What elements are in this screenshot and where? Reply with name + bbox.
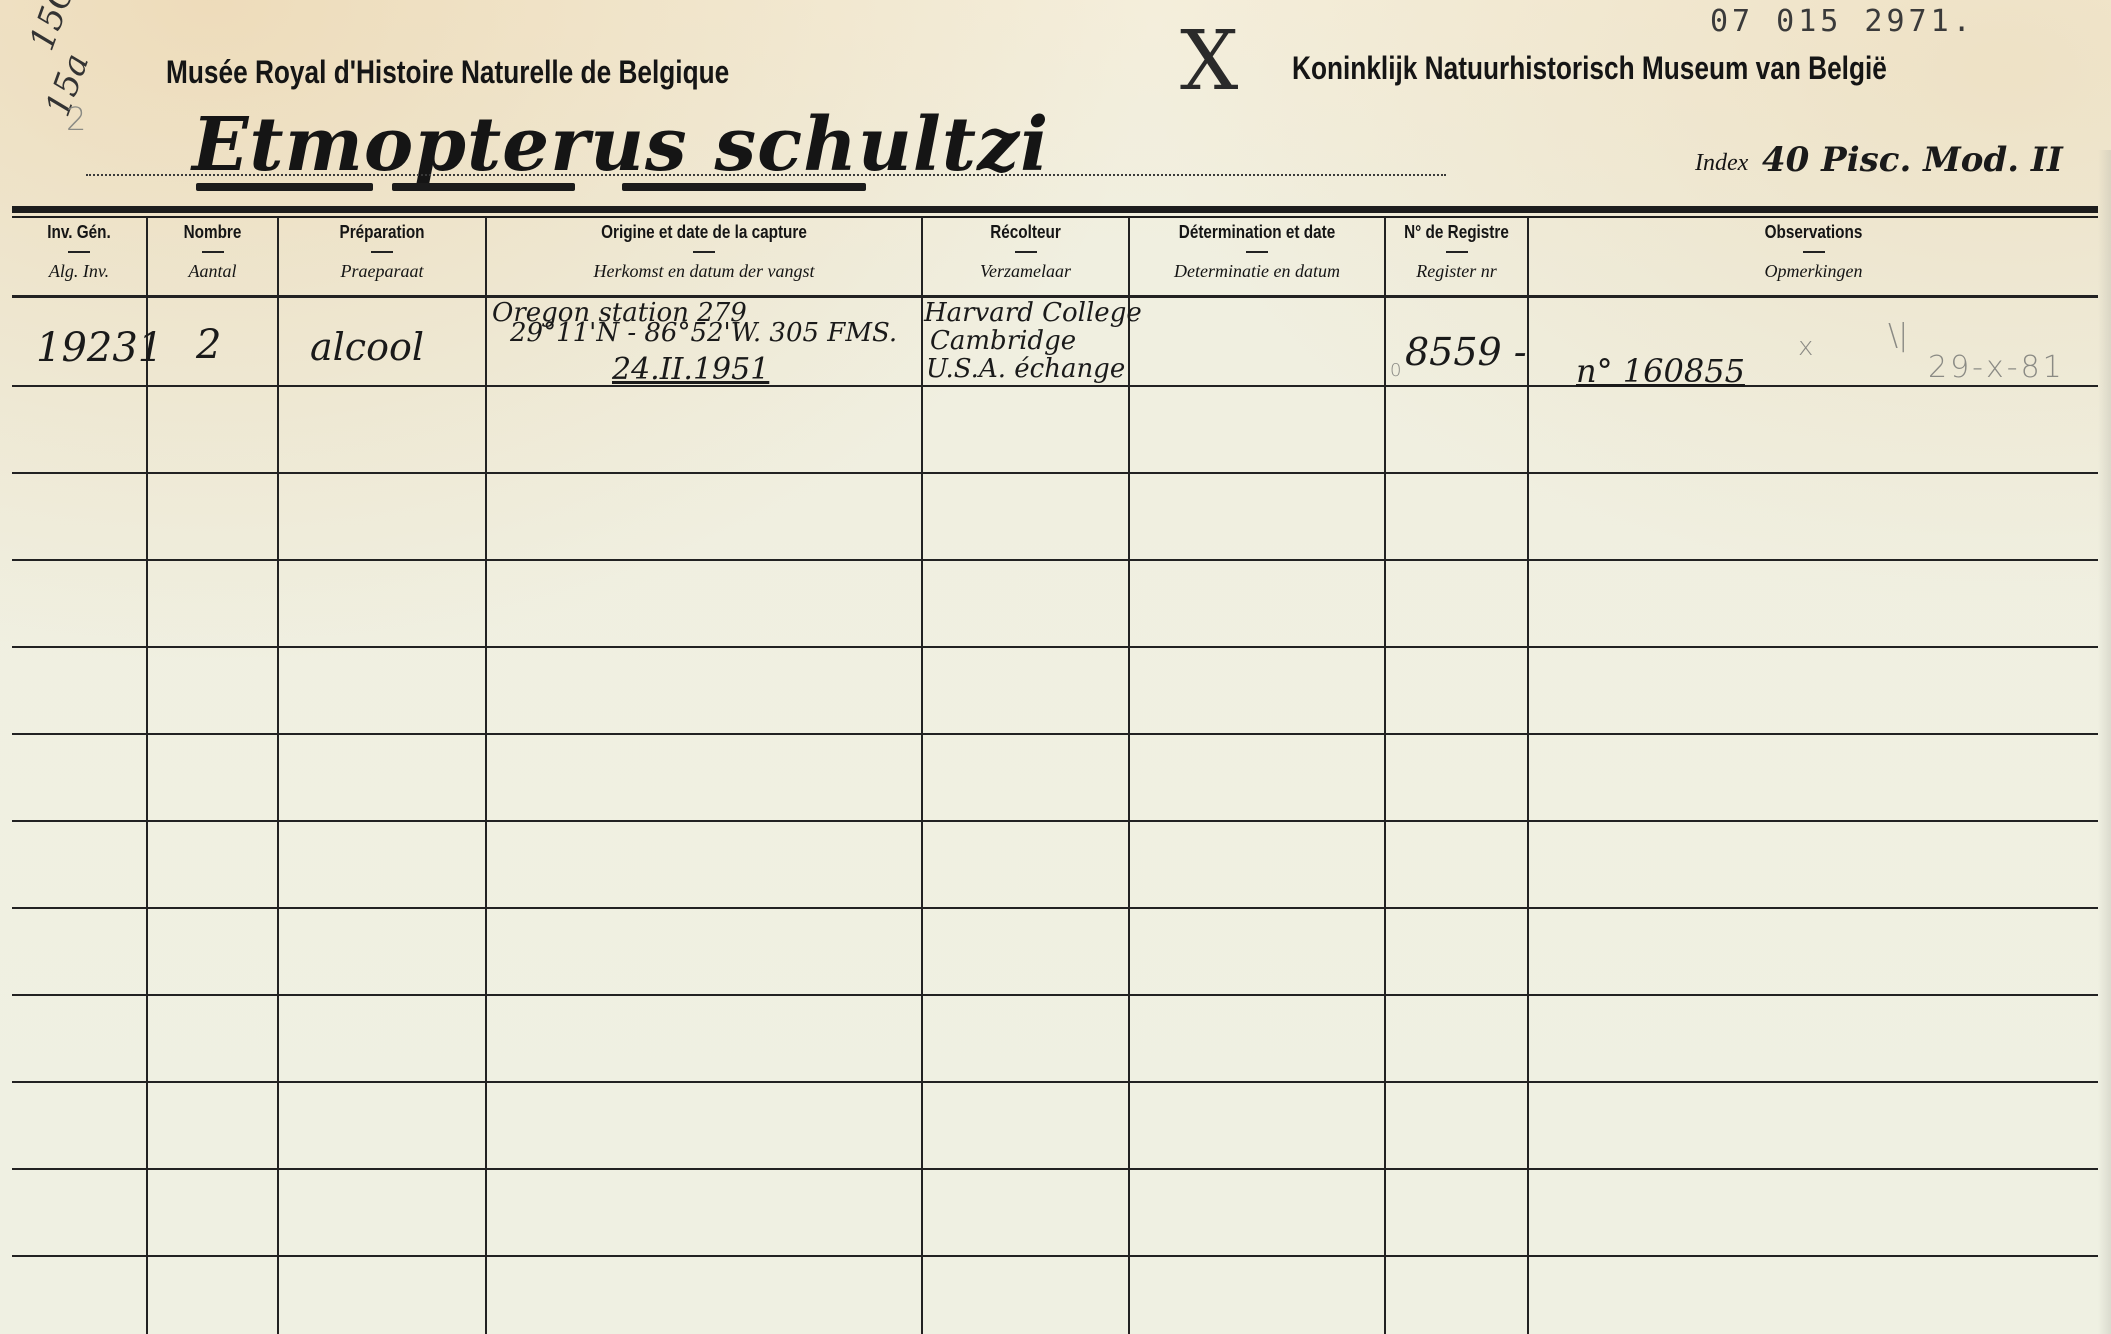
cell-origine-line2: 29°11'N - 86°52'W. 305 FMS. bbox=[510, 318, 897, 348]
cell-preparation: alcool bbox=[310, 325, 424, 369]
cell-nombre: 2 bbox=[196, 322, 221, 368]
row-line bbox=[12, 1168, 2098, 1170]
column-header-registre: N° de RegistreRegister nr bbox=[1386, 222, 1527, 282]
cell-determination bbox=[1132, 320, 1382, 360]
row-line bbox=[12, 646, 2098, 648]
cell-observations-mark: x bbox=[1798, 332, 1813, 362]
cell-recolteur-line1: Harvard College bbox=[924, 298, 1142, 328]
index-value: 40 Pisc. Mod. II bbox=[1762, 140, 2063, 180]
row-line bbox=[12, 1081, 2098, 1083]
cell-registre: 8559 - bbox=[1405, 330, 1527, 374]
row-line bbox=[12, 472, 2098, 474]
index-label: Index bbox=[1695, 150, 1748, 177]
header-thick-rule bbox=[12, 206, 2098, 213]
species-underline-1 bbox=[196, 183, 373, 191]
column-header-preparation: PréparationPraeparaat bbox=[279, 222, 485, 282]
row-line bbox=[12, 994, 2098, 996]
row-line bbox=[12, 820, 2098, 822]
catalog-number: 07 015 2971. bbox=[1710, 4, 1975, 39]
row-line bbox=[12, 733, 2098, 735]
column-header-observations: ObservationsOpmerkingen bbox=[1529, 222, 2098, 282]
column-header-origine: Origine et date de la captureHerkomst en… bbox=[487, 222, 921, 282]
museum-title-dutch: Koninklijk Natuurhistorisch Museum van B… bbox=[1292, 50, 1887, 87]
column-header-recolteur: RécolteurVerzamelaar bbox=[923, 222, 1128, 282]
cell-registre-prefix: 0 bbox=[1390, 360, 1401, 381]
column-header-determination: Détermination et dateDeterminatie en dat… bbox=[1130, 222, 1384, 282]
cell-recolteur-line3: U.S.A. échange bbox=[926, 354, 1125, 384]
museum-title-french: Musée Royal d'Histoire Naturelle de Belg… bbox=[166, 54, 729, 91]
page-edge bbox=[2098, 150, 2111, 1334]
specimen-register-card: 15C 15a 2 Musée Royal d'Histoire Naturel… bbox=[0, 0, 2111, 1334]
column-header-inv-gen: Inv. Gén.Alg. Inv. bbox=[12, 222, 146, 282]
cell-observations: n° 160855 bbox=[1576, 352, 1745, 390]
cell-origine-date: 24.II.1951 bbox=[612, 352, 769, 387]
margin-note-2: 2 bbox=[66, 100, 86, 138]
row-line bbox=[12, 907, 2098, 909]
species-dotted-line bbox=[86, 174, 1446, 176]
cell-observations-tick: \| bbox=[1888, 318, 1908, 353]
row-line bbox=[12, 1255, 2098, 1257]
row-line bbox=[12, 385, 2098, 387]
row-line bbox=[12, 559, 2098, 561]
header-thin-rule bbox=[12, 216, 2098, 218]
column-header-nombre: NombreAantal bbox=[148, 222, 277, 282]
margin-note-15c: 15C bbox=[22, 0, 83, 56]
cell-observations-date: 29-x-81 bbox=[1928, 350, 2065, 385]
cell-inv-gen: 19231 bbox=[36, 325, 163, 371]
cell-recolteur-line2: Cambridge bbox=[930, 326, 1076, 356]
species-underline-2 bbox=[392, 183, 575, 191]
species-underline-4 bbox=[834, 183, 866, 191]
species-underline-3 bbox=[622, 183, 852, 191]
x-mark: X bbox=[1180, 14, 1238, 109]
